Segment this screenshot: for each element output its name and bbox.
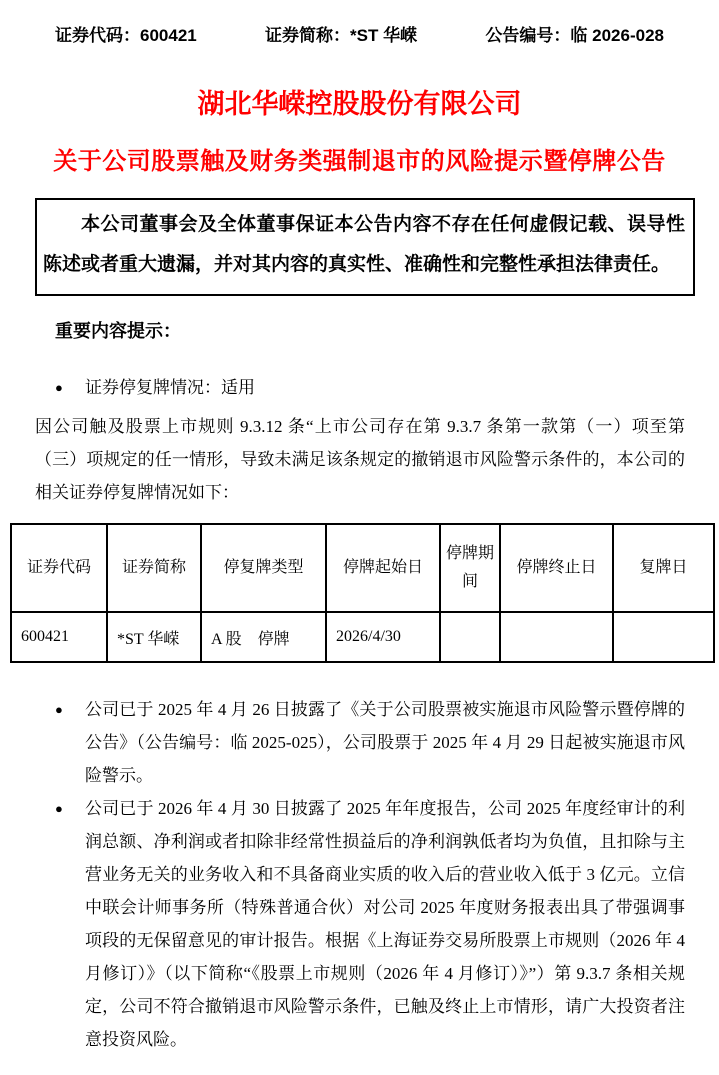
- bullet-icon: ●: [55, 371, 85, 404]
- table-cell-start-date: 2026/4/30: [326, 612, 440, 662]
- stock-name-label: 证券简称：*ST 华嵘: [265, 26, 417, 46]
- list-item-annual-report: ● 公司已于 2026 年 4 月 30 日披露了 2025 年年度报告，公司 …: [55, 792, 685, 1056]
- table-cell-end-date: [500, 612, 613, 662]
- table-header-cell: 证券代码: [11, 524, 107, 612]
- table-header-cell: 停牌终止日: [500, 524, 613, 612]
- suspension-status-text: 证券停复牌情况：适用: [85, 371, 685, 404]
- table-row: 600421 *ST 华嵘 A 股 停牌 2026/4/30: [11, 612, 714, 662]
- board-declaration-box: 本公司董事会及全体董事保证本公告内容不存在任何虚假记载、误导性陈述或者重大遗漏，…: [35, 198, 695, 296]
- table-header-cell: 停牌起始日: [326, 524, 440, 612]
- table-header-cell: 停牌期间: [440, 524, 500, 612]
- stock-code-label: 证券代码：600421: [55, 26, 197, 46]
- announcement-document: 证券代码：600421 证券简称：*ST 华嵘 公告编号：临 2026-028 …: [0, 0, 719, 1075]
- company-name-title: 湖北华嵘控股股份有限公司: [0, 88, 719, 120]
- announcement-number-label: 公告编号：临 2026-028: [485, 26, 664, 46]
- bullet-icon: ●: [55, 693, 85, 726]
- important-notice-heading: 重要内容提示：: [55, 320, 719, 342]
- intro-paragraph: 因公司触及股票上市规则 9.3.12 条“上市公司存在第 9.3.7 条第一款第…: [35, 410, 685, 509]
- table-header-cell: 证券简称: [107, 524, 201, 612]
- suspension-table: 证券代码 证券简称 停复牌类型 停牌起始日 停牌期间 停牌终止日 复牌日 600…: [10, 523, 715, 663]
- document-header: 证券代码：600421 证券简称：*ST 华嵘 公告编号：临 2026-028: [0, 0, 719, 46]
- table-header-cell: 复牌日: [613, 524, 714, 612]
- prior-disclosure-text: 公司已于 2025 年 4 月 26 日披露了《关于公司股票被实施退市风险警示暨…: [85, 693, 685, 792]
- list-item-suspension-status: ● 证券停复牌情况：适用: [55, 371, 685, 404]
- notice-bullet-list: ● 公司已于 2025 年 4 月 26 日披露了《关于公司股票被实施退市风险警…: [55, 693, 685, 1056]
- table-cell-resume-date: [613, 612, 714, 662]
- table-cell-type: A 股 停牌: [201, 612, 326, 662]
- list-item-prior-disclosure: ● 公司已于 2025 年 4 月 26 日披露了《关于公司股票被实施退市风险警…: [55, 693, 685, 792]
- table-cell-name: *ST 华嵘: [107, 612, 201, 662]
- table-cell-code: 600421: [11, 612, 107, 662]
- table-header-cell: 停复牌类型: [201, 524, 326, 612]
- annual-report-text: 公司已于 2026 年 4 月 30 日披露了 2025 年年度报告，公司 20…: [85, 792, 685, 1056]
- table-cell-period: [440, 612, 500, 662]
- announcement-title: 关于公司股票触及财务类强制退市的风险提示暨停牌公告: [0, 147, 719, 177]
- table-header-row: 证券代码 证券简称 停复牌类型 停牌起始日 停牌期间 停牌终止日 复牌日: [11, 524, 714, 612]
- bullet-icon: ●: [55, 792, 85, 825]
